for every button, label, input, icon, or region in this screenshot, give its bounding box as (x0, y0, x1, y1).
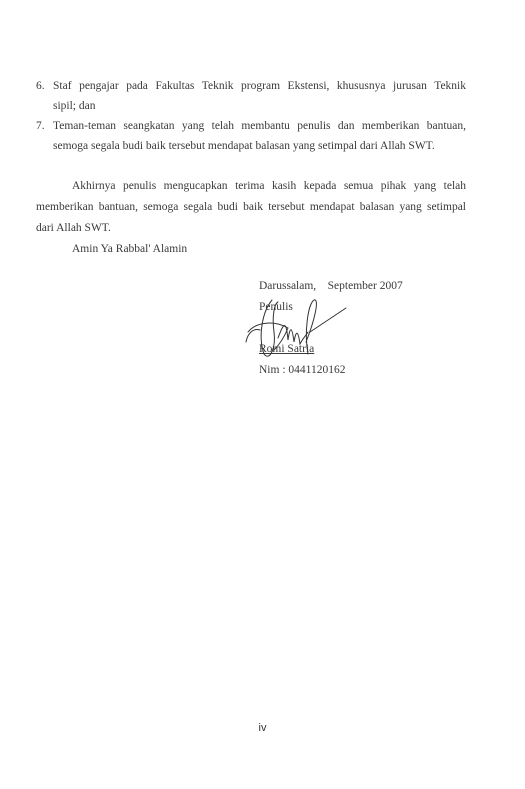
paragraph-line: Akhirnya penulis mengucapkan terima kasi… (36, 176, 466, 197)
prayer-text: Amin Ya Rabbal' Alamin (36, 239, 466, 260)
paragraph-line: dari Allah SWT. (36, 218, 466, 239)
list-item-7: 7. Teman-teman seangkatan yang telah mem… (36, 116, 466, 156)
list-text-line: Teman-teman seangkatan yang telah memban… (53, 116, 466, 136)
handwritten-signature-icon (244, 292, 354, 372)
list-number: 7. (36, 116, 45, 136)
list-text-line: sipil; dan (53, 96, 466, 116)
list-item-6: 6. Staf pengajar pada Fakultas Teknik pr… (36, 76, 466, 116)
closing-paragraph: Akhirnya penulis mengucapkan terima kasi… (36, 176, 466, 260)
list-number: 6. (36, 76, 45, 96)
list-text-line: Staf pengajar pada Fakultas Teknik progr… (53, 76, 466, 96)
page-number: iv (0, 722, 525, 734)
list-text-line: semoga segala budi baik tersebut mendapa… (53, 136, 466, 156)
document-page: 6. Staf pengajar pada Fakultas Teknik pr… (0, 0, 525, 789)
paragraph-line: memberikan bantuan, semoga segala budi b… (36, 197, 466, 218)
